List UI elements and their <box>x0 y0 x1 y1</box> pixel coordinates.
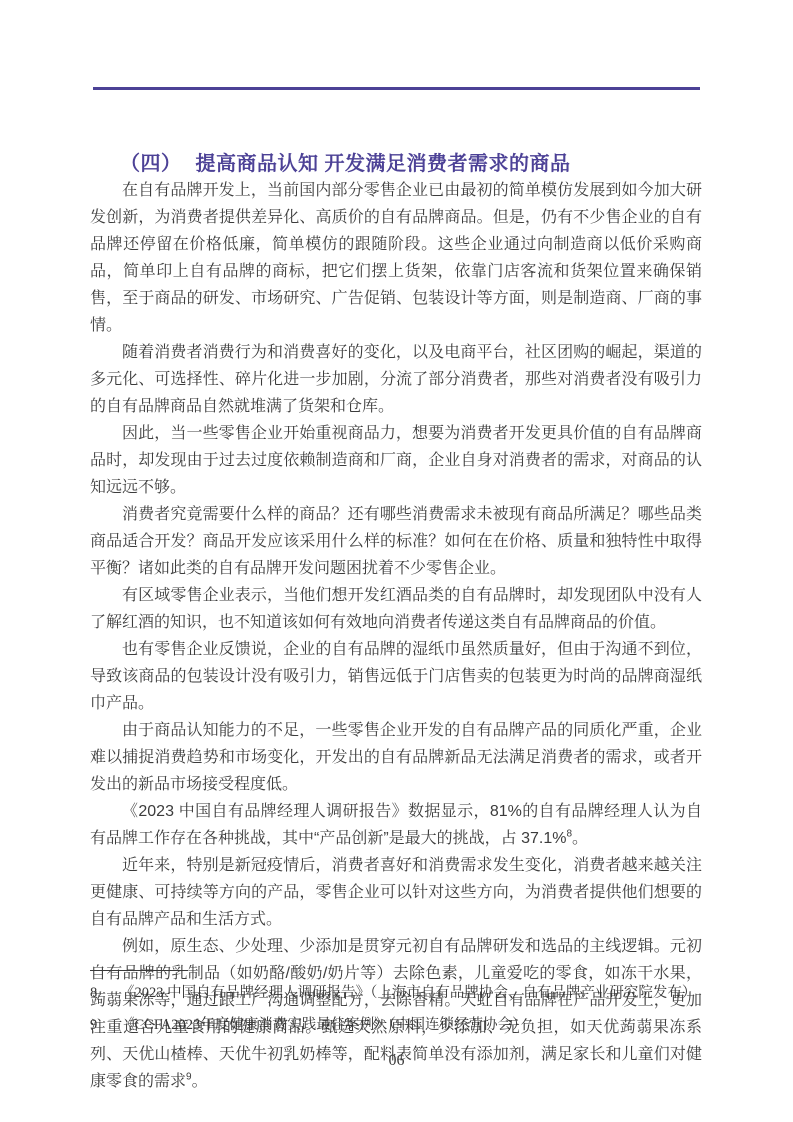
body-paragraph: 因此，当一些零售企业开始重视商品力，想要为消费者开发更具价值的自有品牌商品时，却… <box>90 420 702 501</box>
section-number: （四） <box>120 153 182 175</box>
footnote-text: 《CCFA2023年度健康消费实践最佳案例》（中国连锁经营协会） <box>120 1016 702 1035</box>
body-paragraph: 有区域零售企业表示，当他们想开发红酒品类的自有品牌时，却发现团队中没有人了解红酒… <box>90 582 702 636</box>
footnote-ref: 9 <box>186 1072 192 1083</box>
body-paragraph: 《2023 中国自有品牌经理人调研报告》数据显示，81%的自有品牌经理人认为自有… <box>90 798 702 852</box>
body-paragraph: 在自有品牌开发上，当前国内部分零售企业已由最初的简单模仿发展到如今加大研发创新，… <box>90 177 702 339</box>
section-title: 提高商品认知 开发满足消费者需求的商品 <box>196 153 571 175</box>
footnote-ref: 8 <box>566 829 572 840</box>
section-heading: （四）提高商品认知 开发满足消费者需求的商品 <box>120 147 702 176</box>
footnote-text: 《2023 中国自有品牌经理人调研报告》（上海市自有品牌协会、自有品牌产业研究院… <box>120 984 702 1003</box>
body-paragraph: 由于商品认知能力的不足，一些零售企业开发的自有品牌产品的同质化严重，企业难以捕捉… <box>90 717 702 798</box>
footnote-number: 9 <box>90 1016 120 1035</box>
body-paragraph: 消费者究竟需要什么样的商品？还有哪些消费需求未被现有商品所满足？哪些品类商品适合… <box>90 501 702 582</box>
footnote-number: 8 <box>90 984 120 1003</box>
footnotes-block: 8《2023 中国自有品牌经理人调研报告》（上海市自有品牌协会、自有品牌产业研究… <box>90 970 702 1048</box>
document-page: （四）提高商品认知 开发满足消费者需求的商品 在自有品牌开发上，当前国内部分零售… <box>0 0 793 1122</box>
body-paragraph: 近年来，特别是新冠疫情后，消费者喜好和消费需求发生变化，消费者越来越关注更健康、… <box>90 852 702 933</box>
body-paragraph: 随着消费者消费行为和消费喜好的变化，以及电商平台，社区团购的崛起，渠道的多元化、… <box>90 339 702 420</box>
section-divider-line <box>93 87 700 90</box>
footnote: 9《CCFA2023年度健康消费实践最佳案例》（中国连锁经营协会） <box>90 1016 702 1035</box>
page-number: 06 <box>0 1052 793 1070</box>
footnote-separator-line <box>90 970 188 971</box>
body-text: 在自有品牌开发上，当前国内部分零售企业已由最初的简单模仿发展到如今加大研发创新，… <box>90 177 702 1095</box>
footnote: 8《2023 中国自有品牌经理人调研报告》（上海市自有品牌协会、自有品牌产业研究… <box>90 984 702 1003</box>
body-paragraph: 也有零售企业反馈说，企业的自有品牌的湿纸巾虽然质量好，但由于沟通不到位，导致该商… <box>90 636 702 717</box>
